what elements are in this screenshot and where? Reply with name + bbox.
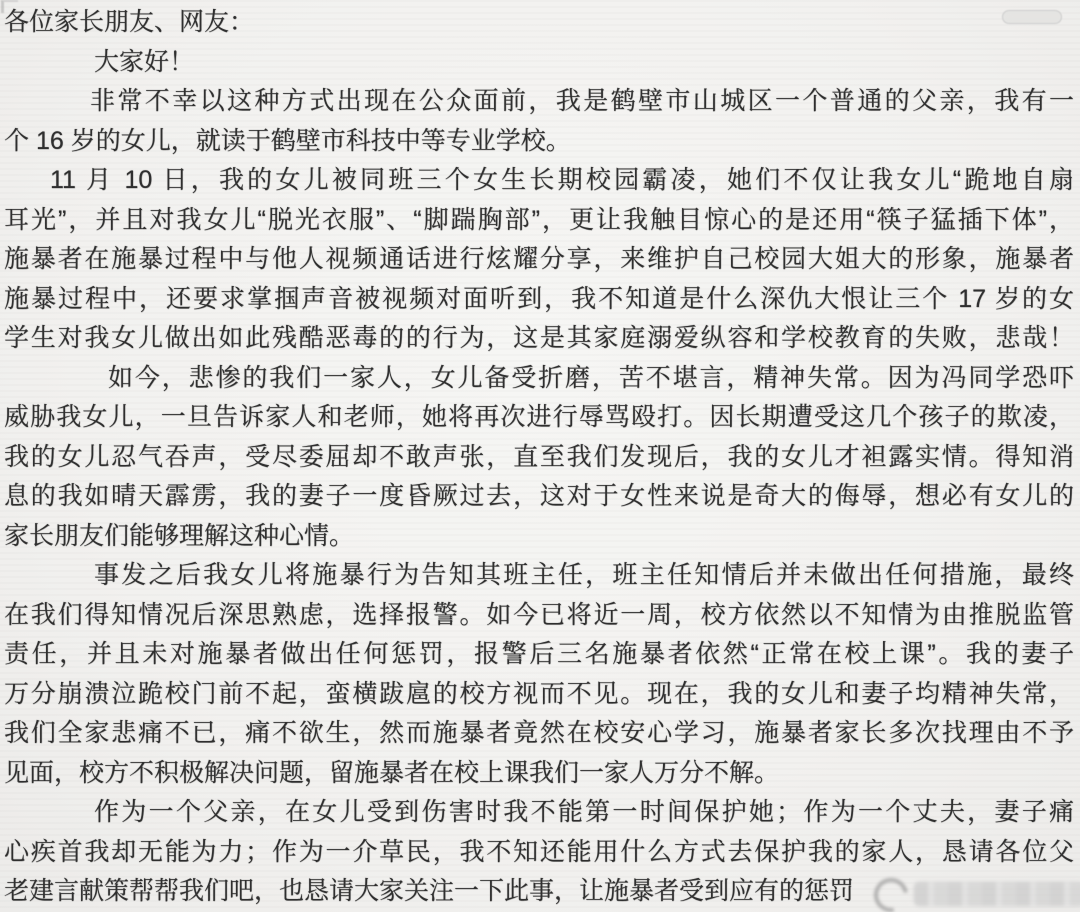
- text-line: 我们全家悲痛不已，痛不欲生，然而施暴者竟然在校安心学习，施暴者家长多次找理由不予: [0, 714, 1080, 754]
- text-line: 在我们得知情况后深思熟虑，选择报警。如今已将近一周，校方依然以不知情为由推脱监管: [0, 596, 1080, 636]
- watermark-logo-icon: [914, 882, 1080, 906]
- text-line: 耳光”，并且对我女儿“脱光衣服”、“脚踹胸部”，更让我触目惊心的是还用“筷子猛插…: [0, 201, 1080, 241]
- text-line: 大家好！: [0, 43, 1080, 83]
- text-line: 责任，并且未对施暴者做出任何惩罚，报警后三名施暴者依然“正常在校上课”。我的妻子: [0, 635, 1080, 675]
- text-line: 施暴者在施暴过程中与他人视频通话进行炫耀分享，来维护自己校园大姐大的形象，施暴者: [0, 240, 1080, 280]
- text-line: 万分崩溃泣跪校门前不起，蛮横跋扈的校方视而不见。现在，我的女儿和妻子均精神失常，: [0, 675, 1080, 715]
- watermark-swirl-icon: [867, 871, 914, 912]
- text-line: 非常不幸以这种方式出现在公众面前，我是鹤壁市山城区一个普通的父亲，我有一: [0, 82, 1080, 122]
- text-line: 事发之后我女儿将施暴行为告知其班主任，班主任知情后并未做出任何措施，最终: [0, 556, 1080, 596]
- text-line: 作为一个父亲，在女儿受到伤害时我不能第一时间保护她；作为一个丈夫，妻子痛: [0, 793, 1080, 833]
- text-line: 施暴过程中，还要求掌掴声音被视频对面听到，我不知道是什么深仇大恨让三个 17 岁…: [0, 280, 1080, 320]
- letter-body: 各位家长朋友、网友：大家好！非常不幸以这种方式出现在公众面前，我是鹤壁市山城区一…: [0, 0, 1080, 912]
- text-line: 见面，校方不积极解决问题，留施暴者在校上课我们一家人万分不解。: [0, 754, 1080, 794]
- scanned-letter-page: 各位家长朋友、网友：大家好！非常不幸以这种方式出现在公众面前，我是鹤壁市山城区一…: [0, 0, 1080, 912]
- text-line: 11 月 10 日，我的女儿被同班三个女生长期校园霸凌，她们不仅让我女儿“跪地自…: [0, 161, 1080, 201]
- text-line: 家长朋友们能够理解这种心情。: [0, 517, 1080, 557]
- text-line: 个 16 岁的女儿，就读于鹤壁市科技中等专业学校。: [0, 122, 1080, 162]
- text-line: 各位家长朋友、网友：: [0, 3, 1080, 43]
- text-line: 我的女儿忍气吞声，受尽委屈却不敢声张，直至我们发现后，我的女儿才袒露实情。得知消: [0, 438, 1080, 478]
- text-line: 威胁我女儿，一旦告诉家人和老师，她将再次进行辱骂殴打。因长期遭受这几个孩子的欺凌…: [0, 398, 1080, 438]
- text-line: 息的我如晴天霹雳，我的妻子一度昏厥过去，这对于女性来说是奇大的侮辱，想必有女儿的: [0, 477, 1080, 517]
- text-line: 学生对我女儿做出如此残酷恶毒的的行为，这是其家庭溺爱纵容和学校教育的失败，悲哉！: [0, 319, 1080, 359]
- text-line: 心疾首我却无能为力；作为一介草民，我不知还能用什么方式去保护我的家人，恳请各位父: [0, 833, 1080, 873]
- media-watermark: [874, 876, 1080, 910]
- text-line: 如今，悲惨的我们一家人，女儿备受折磨，苦不堪言，精神失常。因为冯同学恐吓: [0, 359, 1080, 399]
